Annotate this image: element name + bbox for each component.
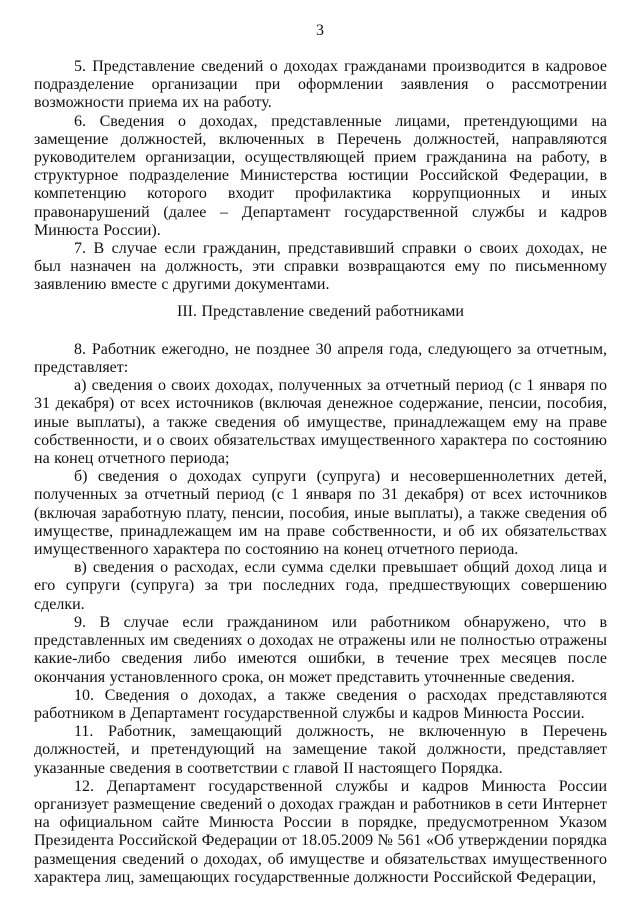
document-page: 3 5. Представление сведений о доходах гр… <box>0 0 640 905</box>
paragraph-7: 7. В случае если гражданин, представивши… <box>34 240 607 295</box>
document-text-block: 5. Представление сведений о доходах граж… <box>34 58 607 887</box>
paragraph-9: 9. В случае если гражданином или работни… <box>34 614 607 687</box>
paragraph-5: 5. Представление сведений о доходах граж… <box>34 58 607 113</box>
paragraph-11: 11. Работник, замещающий должность, не в… <box>34 723 607 778</box>
paragraph-8b: б) сведения о доходах супруги (супруга) … <box>34 468 607 559</box>
paragraph-8a: а) сведения о своих доходах, полученных … <box>34 377 607 468</box>
paragraph-10: 10. Сведения о доходах, а также сведения… <box>34 687 607 723</box>
page-number: 3 <box>0 0 640 39</box>
paragraph-6: 6. Сведения о доходах, представленные ли… <box>34 113 607 240</box>
paragraph-8v: в) сведения о расходах, если сумма сделк… <box>34 559 607 614</box>
paragraph-12: 12. Департамент государственной службы и… <box>34 778 607 887</box>
section-heading-iii: III. Представление сведений работниками <box>34 303 607 321</box>
paragraph-8: 8. Работник ежегодно, не позднее 30 апре… <box>34 341 607 377</box>
